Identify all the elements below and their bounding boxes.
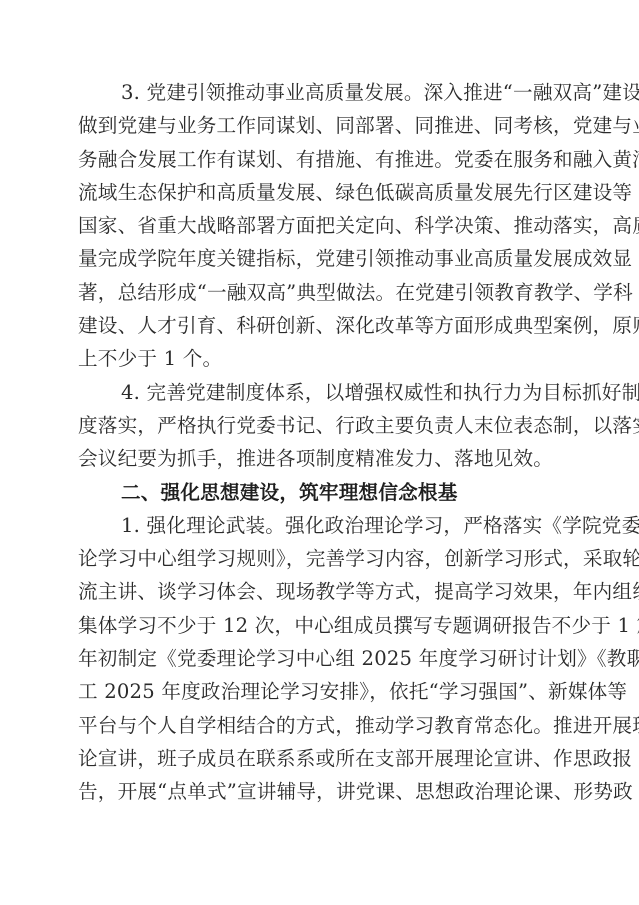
text-line: 著，总结形成“一融双高”典型做法。在党建引领教育教学、学科 <box>78 276 564 309</box>
text-line: 集体学习不少于 12 次，中心组成员撰写专题调研报告不少于 1 篇。 <box>78 609 564 642</box>
paragraph-theory-study: 1. 强化理论武装。强化政治理论学习，严格落实《学院党委理 论学习中心组学习规则… <box>78 509 564 809</box>
text-line: 流域生态保护和高质量发展、绿色低碳高质量发展先行区建设等 <box>78 176 564 209</box>
text-line: 1. 强化理论武装。强化政治理论学习，严格落实《学院党委理 <box>78 509 564 542</box>
text-line: 建设、人才引育、科研创新、深化改革等方面形成典型案例，原则 <box>78 309 564 342</box>
text-line: 告，开展“点单式”宣讲辅导，讲党课、思想政治理论课、形势政 <box>78 775 564 808</box>
text-line: 流主讲、谈学习体会、现场教学等方式，提高学习效果，年内组织 <box>78 575 564 608</box>
text-line: 量完成学院年度关键指标，党建引领推动事业高质量发展成效显 <box>78 242 564 275</box>
text-line: 论学习中心组学习规则》，完善学习内容，创新学习形式，采取轮 <box>78 542 564 575</box>
text-line: 4. 完善党建制度体系，以增强权威性和执行力为目标抓好制 <box>78 376 564 409</box>
text-line: 做到党建与业务工作同谋划、同部署、同推进、同考核，党建与业 <box>78 109 564 142</box>
section-heading: 二、强化思想建设，筑牢理想信念根基 <box>78 476 564 509</box>
text-line: 年初制定《党委理论学习中心组 2025 年度学习研讨计划》《教职 <box>78 642 564 675</box>
document-body: 3. 党建引领推动事业高质量发展。深入推进“一融双高”建设， 做到党建与业务工作… <box>78 76 564 809</box>
text-line: 上不少于 1 个。 <box>78 342 564 375</box>
text-line: 工 2025 年度政治理论学习安排》，依托“学习强国”、新媒体等 <box>78 675 564 708</box>
text-line: 度落实，严格执行党委书记、行政主要负责人末位表态制，以落实 <box>78 409 564 442</box>
text-line: 国家、省重大战略部署方面把关定向、科学决策、推动落实，高质 <box>78 209 564 242</box>
text-line: 务融合发展工作有谋划、有措施、有推进。党委在服务和融入黄河 <box>78 143 564 176</box>
document-page: 3. 党建引领推动事业高质量发展。深入推进“一融双高”建设， 做到党建与业务工作… <box>0 0 639 905</box>
text-line: 3. 党建引领推动事业高质量发展。深入推进“一融双高”建设， <box>78 76 564 109</box>
text-line: 会议纪要为抓手，推进各项制度精准发力、落地见效。 <box>78 442 564 475</box>
paragraph-party-building-system: 4. 完善党建制度体系，以增强权威性和执行力为目标抓好制 度落实，严格执行党委书… <box>78 376 564 476</box>
paragraph-party-building-development: 3. 党建引领推动事业高质量发展。深入推进“一融双高”建设， 做到党建与业务工作… <box>78 76 564 376</box>
text-line: 平台与个人自学相结合的方式，推动学习教育常态化。推进开展理 <box>78 709 564 742</box>
text-line: 论宣讲，班子成员在联系系或所在支部开展理论宣讲、作思政报 <box>78 742 564 775</box>
